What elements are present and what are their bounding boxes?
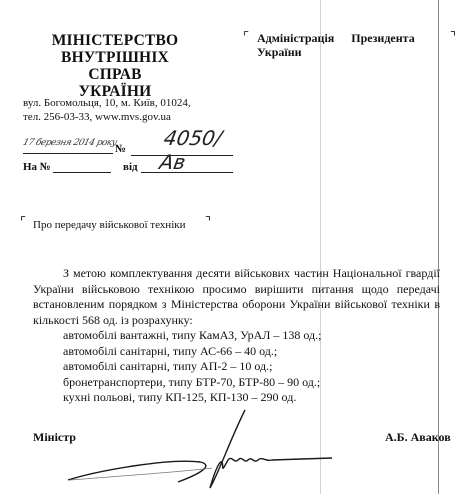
signatory-name: А.Б. Аваков bbox=[385, 430, 451, 445]
handwritten-date: 17 березня 2014 року bbox=[22, 138, 118, 148]
subject-line: Про передачу військової техніки bbox=[33, 219, 186, 231]
letter-body: З метою комплектування десяти військових… bbox=[33, 266, 440, 328]
ministry-line-2: ВНУТРІШНІХ СПРАВ bbox=[40, 49, 190, 83]
reference-row: На № від bbox=[23, 161, 213, 177]
number-label: № bbox=[115, 143, 126, 155]
list-item: бронетранспортери, типу БТР-70, БТР-80 –… bbox=[63, 375, 322, 391]
ministry-line-1: МІНІСТЕРСТВО bbox=[40, 32, 190, 49]
subject-corner-left-icon: ⌜ bbox=[20, 215, 26, 228]
address-line-2: тел. 256-03-33, www.mvs.gov.ua bbox=[23, 110, 191, 124]
ministry-letterhead: МІНІСТЕРСТВО ВНУТРІШНІХ СПРАВ УКРАЇНИ bbox=[40, 32, 190, 100]
reference-date-underline bbox=[141, 172, 233, 173]
reference-date-label: від bbox=[123, 161, 138, 173]
recipient-line-1: Адміністрація Президента bbox=[257, 31, 415, 45]
handwritten-signature-icon bbox=[60, 400, 345, 492]
corner-bracket-right-icon: ⌝ bbox=[450, 30, 456, 43]
body-paragraph: З метою комплектування десяти військових… bbox=[33, 266, 440, 328]
reference-number-label: На № bbox=[23, 161, 51, 173]
date-underline bbox=[23, 153, 113, 154]
address-line-1: вул. Богомольця, 10, м. Київ, 01024, bbox=[23, 96, 191, 110]
recipient-block: Адміністрація Президента України bbox=[257, 31, 415, 59]
subject-corner-right-icon: ⌝ bbox=[205, 215, 211, 228]
list-item: автомобілі санітарні, типу АП-2 – 10 од.… bbox=[63, 359, 322, 375]
reference-number-underline bbox=[53, 172, 111, 173]
equipment-list: автомобілі вантажні, типу КамАЗ, УрАЛ – … bbox=[63, 328, 322, 406]
fold-line-dark bbox=[438, 0, 439, 494]
outgoing-number-row: 17 березня 2014 року № 4050/Ав bbox=[23, 136, 213, 158]
recipient-line-2: України bbox=[257, 45, 415, 59]
list-item: автомобілі вантажні, типу КамАЗ, УрАЛ – … bbox=[63, 328, 322, 344]
corner-bracket-left-icon: ⌜ bbox=[243, 30, 249, 43]
ministry-address: вул. Богомольця, 10, м. Київ, 01024, тел… bbox=[23, 96, 191, 124]
list-item: автомобілі санітарні, типу АС-66 – 40 од… bbox=[63, 344, 322, 360]
